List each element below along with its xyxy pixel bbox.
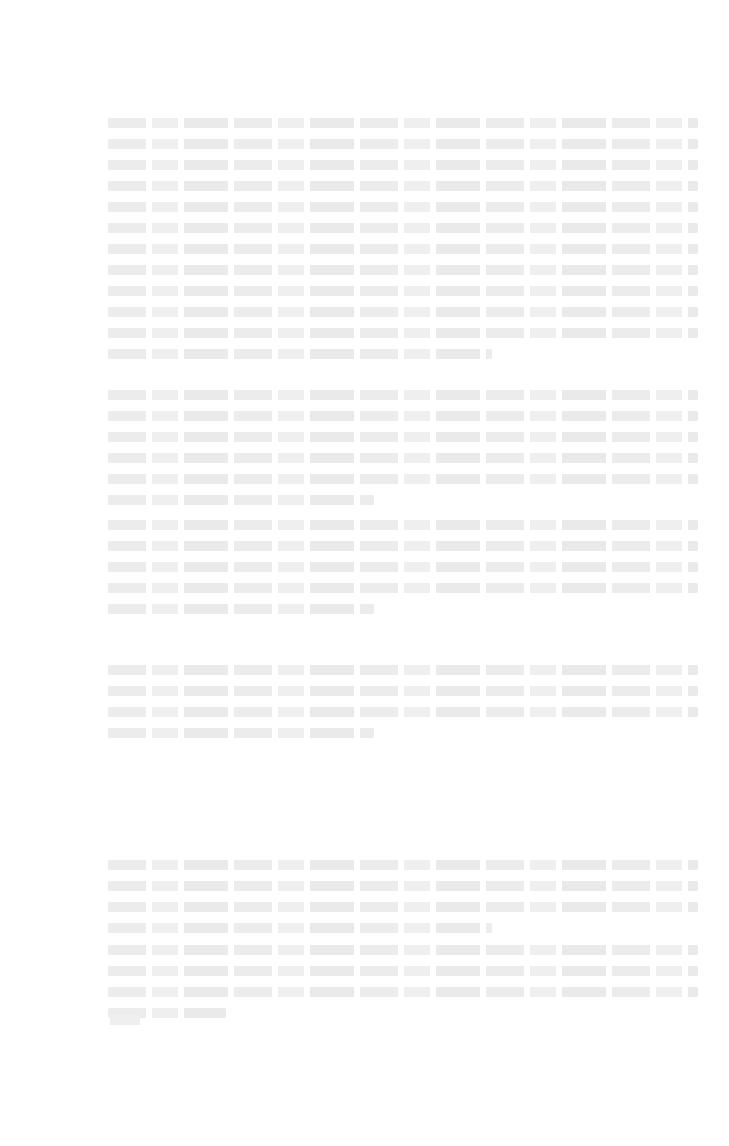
paragraph-1 [108, 118, 698, 370]
paragraph-4 [108, 665, 698, 749]
paragraph-3 [108, 520, 698, 625]
paragraph-5 [108, 860, 698, 944]
paragraph-6 [108, 945, 698, 1029]
page-number [345, 72, 385, 88]
footnote-mark [110, 1015, 140, 1025]
paragraph-2 [108, 390, 698, 516]
